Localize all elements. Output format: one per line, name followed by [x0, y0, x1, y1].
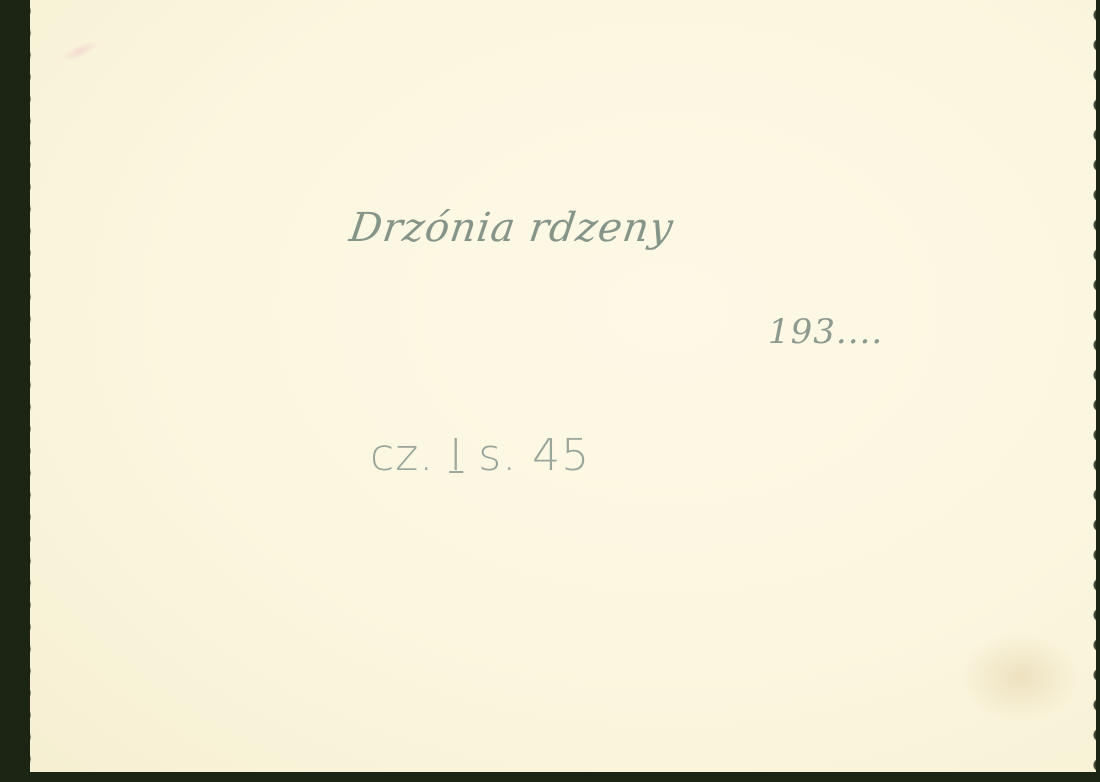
photo-back-card [30, 0, 1096, 772]
scalloped-edge-left [22, 0, 40, 782]
handwritten-date: 193.... [768, 312, 883, 352]
reference-volume: I [449, 430, 463, 481]
reference-prefix: cz. [370, 430, 434, 481]
reference-page: s. 45 [478, 430, 590, 481]
handwritten-reference: cz. I s. 45 [370, 430, 590, 481]
handwritten-title: Drzónia rdzeny [347, 205, 677, 251]
scalloped-edge-bottom [30, 766, 1100, 782]
scalloped-edge-right [1090, 0, 1100, 782]
paper-stain [960, 632, 1080, 722]
